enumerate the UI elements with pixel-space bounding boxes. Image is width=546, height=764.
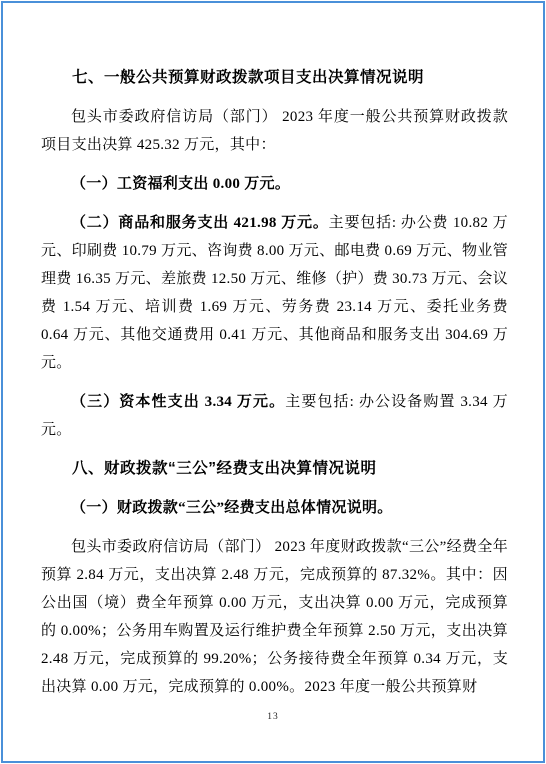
section-8-heading-bold-run: 八、财政拨款“三公”经费支出决算情况说明 xyxy=(72,460,377,477)
three-public-expense-paragraph-text-run: 包头市委政府信访局（部门） 2023 年度财政拨款“三公”经费全年预算 2.84… xyxy=(41,539,508,695)
item-2-goods-services-paragraph-bold-run: （二）商品和服务支出 421.98 万元。 xyxy=(71,215,329,231)
item-3-capital-paragraph: （三）资本性支出 3.34 万元。主要包括: 办公设备购置 3.34 万元。 xyxy=(41,388,508,444)
section-8-heading: 八、财政拨款“三公”经费支出决算情况说明 xyxy=(41,455,508,483)
item-1-wage-welfare-heading: （一）工资福利支出 0.00 万元。 xyxy=(41,170,508,198)
page-number: 13 xyxy=(0,712,546,722)
section-7-heading-bold-run: 七、一般公共预算财政拨款项目支出决算情况说明 xyxy=(72,69,424,86)
section-8-sub-1-heading-bold-run: （一）财政拨款“三公”经费支出总体情况说明。 xyxy=(71,500,393,516)
section-7-intro-paragraph: 包头市委政府信访局（部门） 2023 年度一般公共预算财政拨款项目支出决算 42… xyxy=(41,103,508,159)
section-8-sub-1-heading: （一）财政拨款“三公”经费支出总体情况说明。 xyxy=(41,494,508,522)
section-7-heading: 七、一般公共预算财政拨款项目支出决算情况说明 xyxy=(41,64,508,92)
item-1-wage-welfare-heading-bold-run: （一）工资福利支出 0.00 万元。 xyxy=(71,176,290,192)
document-body: 七、一般公共预算财政拨款项目支出决算情况说明包头市委政府信访局（部门） 2023… xyxy=(41,64,508,712)
item-2-goods-services-paragraph-text-run: 主要包括: 办公费 10.82 万元、印刷费 10.79 万元、咨询费 8.00… xyxy=(41,215,508,371)
three-public-expense-paragraph: 包头市委政府信访局（部门） 2023 年度财政拨款“三公”经费全年预算 2.84… xyxy=(41,533,508,701)
document-page: { "page": { "background": "#ffffff", "bo… xyxy=(0,0,546,764)
item-3-capital-paragraph-bold-run: （三）资本性支出 3.34 万元。 xyxy=(71,394,285,410)
section-7-intro-paragraph-text-run: 包头市委政府信访局（部门） 2023 年度一般公共预算财政拨款项目支出决算 42… xyxy=(41,109,508,153)
item-2-goods-services-paragraph: （二）商品和服务支出 421.98 万元。主要包括: 办公费 10.82 万元、… xyxy=(41,209,508,377)
